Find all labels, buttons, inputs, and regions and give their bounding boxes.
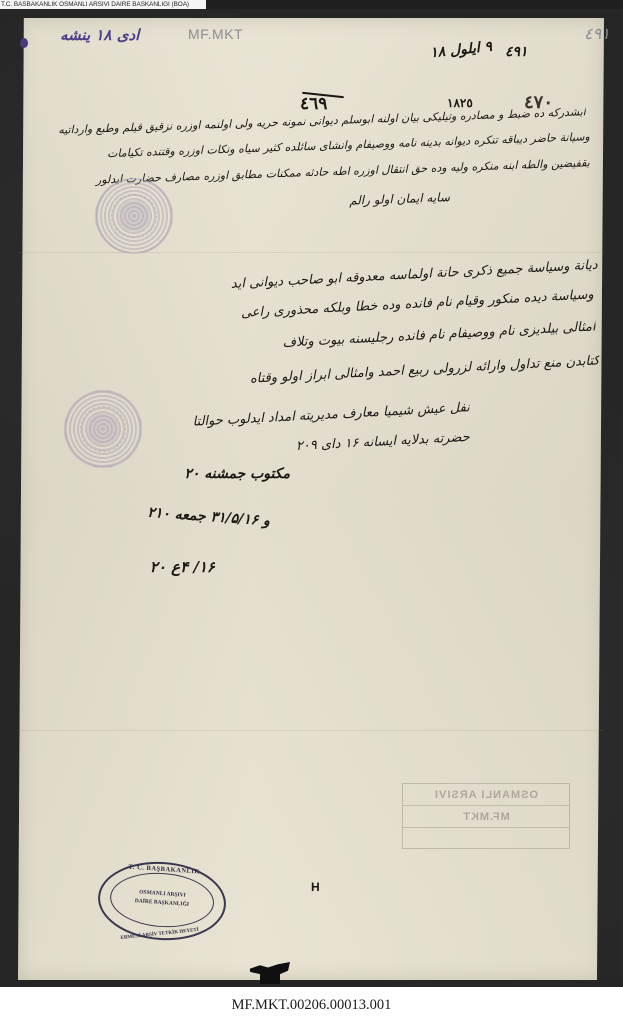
archive-stamp-cells: [403, 828, 569, 849]
archive-stamp-line-1: OSMANLI ARSIVI: [403, 784, 569, 806]
pencil-fond-note: MF.MKT: [188, 26, 243, 42]
center-number: ٤٦٩: [300, 94, 327, 114]
ottoman-seal: [95, 178, 173, 254]
register-year: ١٨٢٥: [447, 96, 473, 110]
date-note: ۱۶/ ۴ع ۲۰: [135, 558, 215, 576]
margin-mark: H: [311, 880, 320, 894]
signature-line: مکتوب جمشنه ۲۰: [180, 466, 290, 484]
paper-fold-line: [18, 730, 604, 731]
archive-header-label: T.C. BASBAKANLIK OSMANLI ARSIVI DAIRE BA…: [0, 0, 206, 9]
document-reference-code: MF.MKT.00206.00013.001: [0, 990, 623, 1024]
ottoman-seal: [64, 390, 142, 468]
archive-rectangular-stamp: OSMANLI ARSIVI MF.MKT: [402, 783, 570, 849]
register-number-top: ٤٩١: [505, 44, 528, 60]
binding-hole-mark: [20, 38, 28, 48]
pencil-page-number: ٤٩١: [584, 24, 610, 44]
paper-fold-line: [18, 252, 604, 253]
archive-stamp-line-2: MF.MKT: [403, 806, 569, 828]
purple-date-stamp: ادى ١٨ ينشه: [60, 26, 139, 44]
